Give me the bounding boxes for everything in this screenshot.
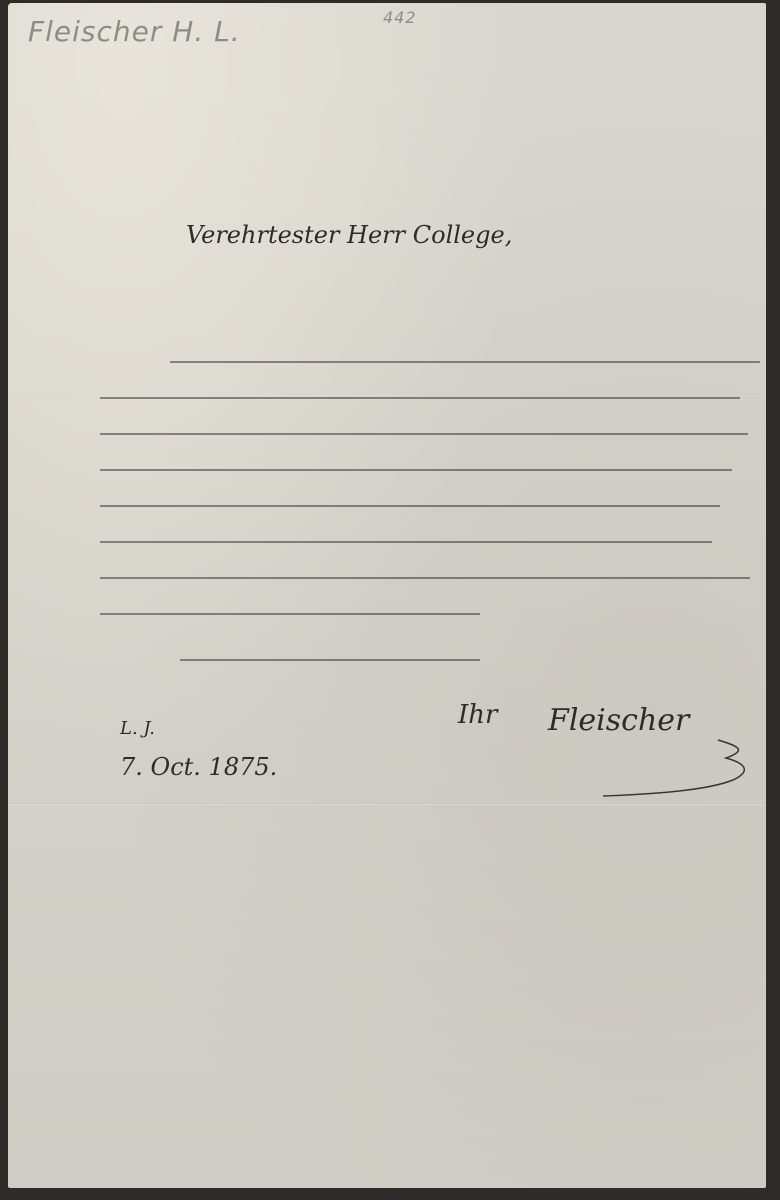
untranscribed-script (100, 453, 732, 471)
untranscribed-script (170, 345, 760, 363)
untranscribed-script (100, 561, 750, 579)
body-line-8 (100, 597, 760, 633)
untranscribed-script (100, 417, 748, 435)
body-line-3 (100, 417, 760, 453)
untranscribed-script (100, 525, 712, 543)
fold-crease-middle (8, 803, 766, 805)
body-line-4 (100, 453, 760, 489)
signature-flourish-icon (598, 738, 753, 798)
archive-number-annotation: 442 (383, 8, 417, 27)
letter-body (100, 345, 760, 679)
letter-date: 7. Oct. 1875. (120, 753, 277, 781)
closing-line (100, 643, 760, 679)
body-line-2 (100, 381, 760, 417)
signature: Fleischer (548, 703, 689, 738)
untranscribed-script (100, 489, 720, 507)
salutation: Verehrtester Herr College, (186, 221, 512, 249)
body-line-6 (100, 525, 760, 561)
body-line-1 (100, 345, 760, 381)
body-line-5 (100, 489, 760, 525)
untranscribed-script (180, 643, 480, 661)
signature-salutation: Ihr (458, 700, 497, 730)
untranscribed-script (100, 381, 740, 399)
letter-page: Fleischer H. L. 442 Verehrtester Herr Co… (8, 3, 766, 1188)
place-abbreviation: L. J. (120, 718, 155, 739)
untranscribed-script (100, 597, 480, 615)
archive-name-annotation: Fleischer H. L. (28, 15, 241, 48)
body-line-7 (100, 561, 760, 597)
